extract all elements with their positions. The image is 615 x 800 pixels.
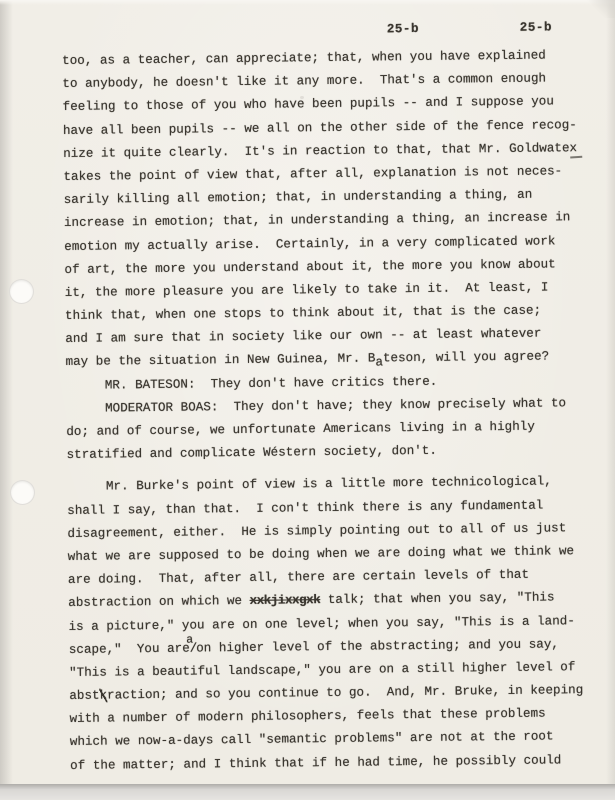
typed-line-text: Mr. Burke's point of view is a little mo… xyxy=(106,475,552,494)
cancelled-char: k xyxy=(99,689,107,703)
punch-hole xyxy=(9,279,34,304)
typed-line-text: takes the point of view that, after all,… xyxy=(63,164,562,184)
typed-line-text: too, as a teacher, can appreciate; that,… xyxy=(62,49,546,68)
typed-line-text: teson, will you agree? xyxy=(383,350,549,366)
typed-line-text: of the matter; and I think that if he ha… xyxy=(70,753,561,773)
struck-out-word: xxkjixxgxk xyxy=(250,593,321,608)
typed-line-text: and I am sure that in society like our o… xyxy=(65,327,541,346)
typed-line-text: are doing. That, after all, there are ce… xyxy=(68,568,529,587)
typed-line-text: sarily killing all emotion; that, in und… xyxy=(64,188,533,207)
typed-line-text: shall I say, than that. I con't think th… xyxy=(67,498,543,517)
typed-line-text: is a picture," you are on one level; whe… xyxy=(68,614,574,634)
typed-line-text: MR. BATESON: They don't have critics the… xyxy=(105,374,438,392)
typed-line-text: with a number of modern philosophers, fe… xyxy=(70,707,546,726)
typed-line: of the matter; and I think that if he ha… xyxy=(70,749,600,778)
typed-line-text: talk; that when you say, "This xyxy=(320,591,554,608)
typed-line-text: increase in emotion; that, in understand… xyxy=(64,211,570,231)
page-edge-shadow-right xyxy=(606,0,615,786)
typed-line-text: scape," You are xyxy=(69,641,190,656)
scanned-page: 25-b 25-b too, as a teacher, can appreci… xyxy=(0,0,615,800)
typed-line-text: it, the more pleasure you are likely to … xyxy=(65,280,549,299)
typed-line-text: abst xyxy=(69,689,99,703)
page-corner-shadow xyxy=(585,0,615,18)
typed-line-text: raction; and so you continue to go. And,… xyxy=(107,683,583,702)
page-number-left: 25-b xyxy=(387,22,419,36)
typed-line-text: stratified and complicate Wéstern societ… xyxy=(67,444,437,462)
typed-line: stratified and complicate Wéstern societ… xyxy=(66,438,596,467)
typed-line-text: MODERATOR BOAS: They don't have; they kn… xyxy=(105,396,566,415)
typed-line-text: "This is a beautiful landscape," you are… xyxy=(69,660,575,680)
typed-line-text: emotion my actually arise. Certainly, in… xyxy=(64,234,555,254)
typed-line-text: disagreement, either. He is simply point… xyxy=(67,521,566,541)
page-edge-shadow-left xyxy=(0,0,13,786)
typed-text-block: 25-b 25-b too, as a teacher, can appreci… xyxy=(62,44,600,778)
typed-line-text: what we are supposed to be doing when we… xyxy=(68,544,574,564)
subscript-char: a xyxy=(375,356,383,370)
typed-line-text: think that, when one stops to think abou… xyxy=(65,304,541,323)
punch-hole xyxy=(10,480,35,505)
typed-line-text: of art, the more you understand about it… xyxy=(64,257,555,277)
page-edge-highlight-top xyxy=(0,0,615,5)
typed-line-text: feeling to those of you who have been pu… xyxy=(63,95,554,115)
typed-line-text: which we now-a-days call "semantic probl… xyxy=(70,730,554,749)
typed-line-text: may be the situation in New Guinea, Mr. … xyxy=(65,352,375,370)
typed-line-text: have all been pupils -- we all on the ot… xyxy=(63,118,577,138)
typed-line-text: do; and of course, we unfortunate Americ… xyxy=(66,420,535,439)
inserted-char: a xyxy=(186,633,193,646)
page-number-right: 25-b xyxy=(520,20,552,34)
scanner-bed-strip xyxy=(0,784,615,800)
typed-line-text: on higher level of the abstracting; and … xyxy=(196,637,559,655)
typed-line-text: abstraction on which we xyxy=(68,594,250,610)
typed-line-text: nize it quite clearly. It's in reaction … xyxy=(63,141,577,161)
typed-line-text: to anybody, he doesn't like it any more.… xyxy=(62,72,546,91)
overstrike-dash xyxy=(570,156,582,159)
